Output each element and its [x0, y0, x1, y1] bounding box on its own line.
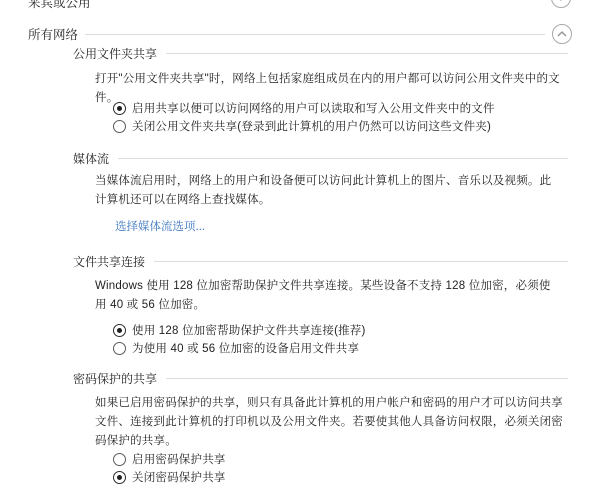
- divider: [154, 261, 568, 262]
- subsection-title: 密码保护的共享: [73, 370, 157, 387]
- subsection-title: 公用文件夹共享: [73, 45, 157, 62]
- radio-label: 启用共享以便可以访问网络的用户可以读取和写入公用文件夹中的文件: [132, 100, 495, 116]
- section-all-networks-label: 所有网络: [28, 25, 78, 43]
- subsection-title: 文件共享连接: [73, 253, 145, 270]
- subsection-file-sharing-connections-header: 文件共享连接: [73, 253, 568, 269]
- subsection-title: 媒体流: [73, 150, 109, 167]
- radio-button-icon[interactable]: [113, 102, 126, 115]
- section-guest-or-public-label: 来宾或公用: [28, 0, 91, 11]
- divider: [118, 158, 568, 159]
- section-guest-or-public[interactable]: 来宾或公用: [28, 0, 572, 13]
- divider: [166, 53, 568, 54]
- radio-enable-password-protected-sharing[interactable]: 启用密码保护共享: [113, 451, 226, 467]
- divider: [85, 34, 545, 35]
- radio-label: 使用 128 位加密帮助保护文件共享连接(推荐): [132, 322, 366, 338]
- radio-button-icon[interactable]: [113, 453, 126, 466]
- divider: [166, 378, 568, 379]
- radio-use-128bit-encryption[interactable]: 使用 128 位加密帮助保护文件共享连接(推荐): [113, 322, 366, 338]
- section-all-networks[interactable]: 所有网络: [28, 23, 572, 45]
- file-sharing-connections-description: Windows 使用 128 位加密帮助保护文件共享连接。某些设备不支持 128…: [95, 277, 561, 315]
- radio-button-icon[interactable]: [113, 342, 126, 355]
- radio-label: 为使用 40 或 56 位加密的设备启用文件共享: [132, 340, 359, 356]
- subsection-public-folder-sharing-header: 公用文件夹共享: [73, 45, 568, 61]
- radio-button-icon[interactable]: [113, 120, 126, 133]
- radio-enable-40-56bit-encryption[interactable]: 为使用 40 或 56 位加密的设备启用文件共享: [113, 340, 359, 356]
- radio-label: 关闭公用文件夹共享(登录到此计算机的用户仍然可以访问这些文件夹): [132, 118, 491, 134]
- radio-label: 关闭密码保护共享: [132, 469, 226, 485]
- subsection-media-streaming-header: 媒体流: [73, 150, 568, 166]
- radio-disable-public-folder-sharing[interactable]: 关闭公用文件夹共享(登录到此计算机的用户仍然可以访问这些文件夹): [113, 118, 491, 134]
- radio-button-icon[interactable]: [113, 471, 126, 484]
- radio-enable-public-folder-sharing[interactable]: 启用共享以便可以访问网络的用户可以读取和写入公用文件夹中的文件: [113, 100, 495, 116]
- radio-button-icon[interactable]: [113, 324, 126, 337]
- media-streaming-description: 当媒体流启用时，网络上的用户和设备便可以访问此计算机上的图片、音乐以及视频。此计…: [95, 172, 557, 210]
- subsection-password-protected-sharing-header: 密码保护的共享: [73, 370, 568, 386]
- radio-label: 启用密码保护共享: [132, 451, 226, 467]
- radio-disable-password-protected-sharing[interactable]: 关闭密码保护共享: [113, 469, 226, 485]
- advanced-sharing-settings-panel: 来宾或公用 所有网络 公用文件夹共享 打开"公用文件夹共享"时，网络上包括家庭组…: [0, 0, 600, 493]
- password-protected-sharing-description: 如果已启用密码保护的共享，则只有具备此计算机的用户帐户和密码的用户才可以访问共享…: [95, 394, 563, 451]
- media-streaming-options-link[interactable]: 选择媒体流选项...: [115, 218, 205, 234]
- chevron-up-icon[interactable]: [552, 24, 572, 44]
